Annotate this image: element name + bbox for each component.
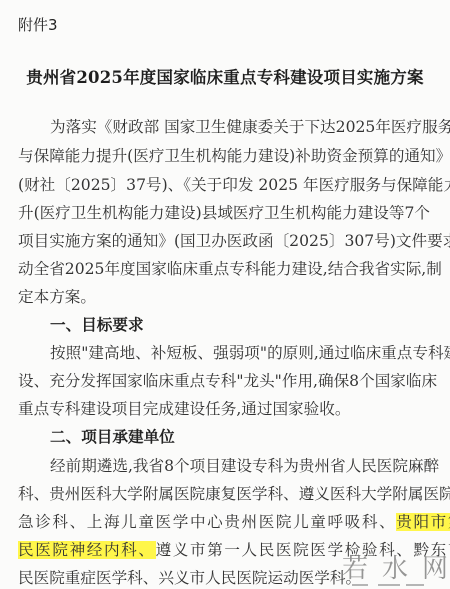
- watermark: 若水网: [342, 548, 450, 585]
- section2-line: 急诊科、上海儿童医学中心贵州医院儿童呼吸科、贵阳市第二人: [18, 511, 430, 533]
- intro-line: (财社〔2025〕37号)、《关于印发 2025 年医疗服务与保障能力提: [18, 174, 430, 196]
- watermark-dash: [352, 584, 368, 586]
- intro-line: 项目实施方案的通知》(国卫办医政函〔2025〕307号)文件要求,推: [18, 230, 430, 252]
- intro-line: 为落实《财政部 国家卫生健康委关于下达2025年医疗服务: [50, 116, 430, 138]
- section-heading-goals: 一、目标要求: [50, 314, 144, 336]
- section-heading-units: 二、项目承建单位: [50, 426, 175, 448]
- section1-line: 重点专科建设项目完成建设任务,通过国家验收。: [18, 398, 430, 420]
- highlighted-text: 贵阳市第二人: [396, 513, 450, 531]
- intro-line: 与保障能力提升(医疗卫生机构能力建设)补助资金预算的通知》: [18, 145, 430, 167]
- section1-line: 按照"建高地、补短板、强弱项"的原则,通过临床重点专科建: [50, 342, 430, 364]
- section2-line: 科、贵州医科大学附属医院康复医学科、遵义医科大学附属医院: [18, 483, 430, 505]
- plain-text: 急诊科、上海儿童医学中心贵州医院儿童呼吸科、: [18, 513, 396, 531]
- section1-line: 设、充分发挥国家临床重点专科"龙头"作用,确保8个国家临床: [18, 370, 430, 392]
- section2-line: 经前期遴选,我省8个项目建设专科为贵州省人民医院麻醉: [50, 455, 430, 477]
- intro-line: 动全省2025年度国家临床重点专科能力建设,结合我省实际,制: [18, 258, 430, 280]
- intro-line: 定本方案。: [18, 286, 430, 308]
- watermark-dash: [406, 584, 424, 586]
- document-title: 贵州省2025年度国家临床重点专科建设项目实施方案: [0, 64, 450, 88]
- highlighted-text: 民医院神经内科、: [18, 541, 156, 559]
- document-page: 附件3 贵州省2025年度国家临床重点专科建设项目实施方案 为落实《财政部 国家…: [0, 0, 450, 589]
- intro-line: 升(医疗卫生机构能力建设)县域医疗卫生机构能力建设等7个: [18, 202, 430, 224]
- watermark-dash: [378, 584, 400, 586]
- attachment-label: 附件3: [18, 14, 58, 35]
